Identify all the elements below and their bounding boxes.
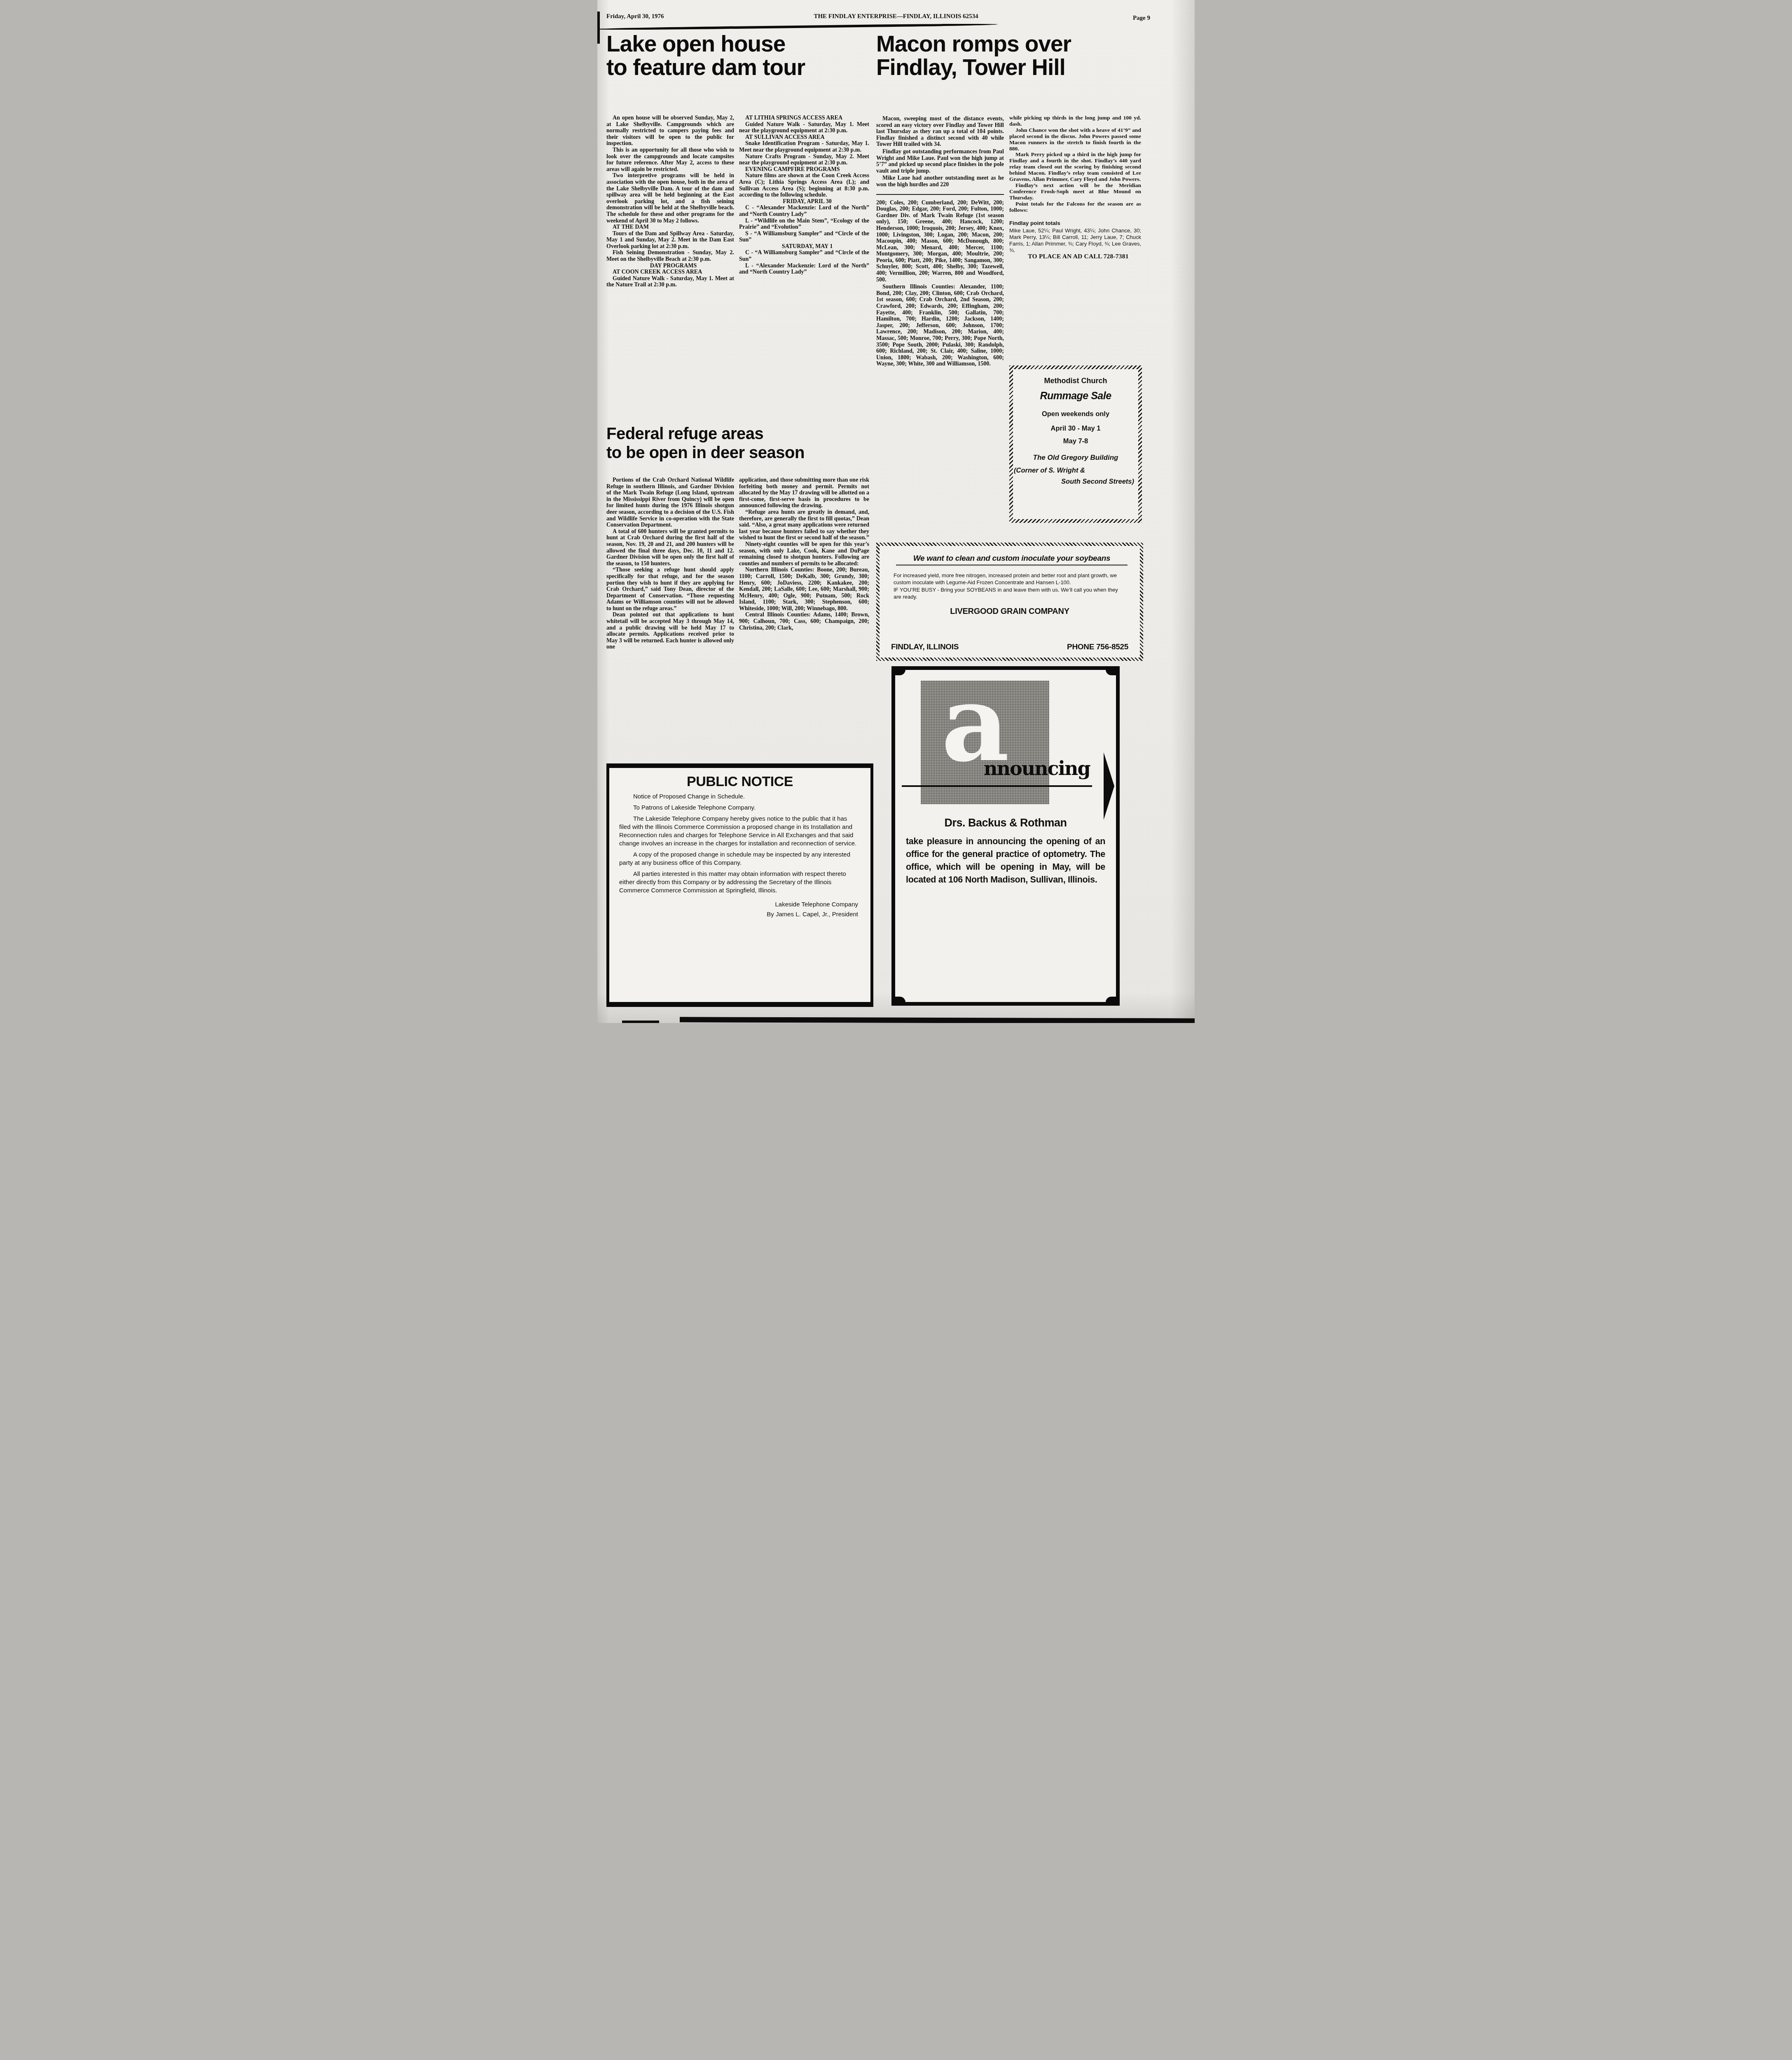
headline-line: Findlay, Tower Hill [876,56,1156,79]
article-paragraph: Tours of the Dam and Spillway Area - Sat… [606,231,734,250]
masthead: THE FINDLAY ENTERPRISE—FINDLAY, ILLINOIS… [597,13,1195,20]
arrow-right-icon [1104,752,1114,820]
ad-line: April 30 - May 1 [1013,425,1138,433]
article-paragraph: Mark Perry picked up a third in the high… [1009,152,1141,183]
list-body: Boone, 200; Bureau, 1100; Carroll, 1500;… [739,567,869,612]
headline-line: Lake open house [606,32,878,56]
section-subhead: AT SULLIVAN ACCESS AREA [739,134,869,141]
macon-article-column-1: Macon, sweeping most of the distance eve… [876,115,1004,542]
lake-article-column-2: AT LITHIA SPRINGS ACCESS AREA Guided Nat… [739,115,869,423]
public-notice-ad: PUBLIC NOTICE Notice of Proposed Change … [606,763,873,1007]
header-rule [597,23,998,30]
list-lead-in: Southern Illinois Counties: [882,284,955,290]
article-paragraph: Point totals for the Falcons for the sea… [1009,201,1141,213]
notice-paragraph: Notice of Proposed Change in Schedule. [619,793,860,801]
findlay-point-totals: Findlay point totals Mike Laue, 52¼; Pau… [1009,220,1141,254]
article-paragraph: John Chance won the shot with a heave of… [1009,127,1141,152]
newspaper-page: Friday, April 30, 1976 THE FINDLAY ENTER… [597,0,1195,1023]
scan-artifact [680,1017,1195,1023]
article-paragraph: Findlay’s next action will be the Meridi… [1009,183,1141,201]
frame-corner [1106,997,1120,1006]
column-divider-rule [876,194,1004,195]
point-totals-list: Mike Laue, 52¼; Paul Wright, 43¼; John C… [1009,227,1141,254]
notice-paragraph: A copy of the proposed change in schedul… [619,851,860,867]
notice-paragraph: To Patrons of Lakeside Telephone Company… [619,804,860,812]
scan-artifact [622,1021,659,1023]
article-paragraph: A total of 600 hunters will be granted p… [606,529,734,567]
article-paragraph: S - “A Williamsburg Sampler” and “Circle… [739,231,869,243]
list-body: Alexander, 1100; Bond, 200; Clay, 200; C… [876,284,1004,367]
ad-phone: PHONE 756-8525 [1067,643,1128,652]
article-paragraph: Fish Seining Demonstration - Sunday, May… [606,250,734,262]
section-subhead: FRIDAY, APRIL 30 [739,199,869,205]
article-paragraph: Guided Nature Walk - Saturday, May 1. Me… [739,122,869,134]
article-paragraph: C - “A Williamsburg Sampler” and “Circle… [739,250,869,262]
methodist-church-ad-content: Methodist Church Rummage Sale Open weeke… [1013,369,1138,519]
point-totals-heading: Findlay point totals [1009,220,1141,227]
article-paragraph: “Refuge area hunts are greatly in demand… [739,509,869,541]
section-subhead: EVENING CAMPFIRE PROGRAMS [739,166,869,173]
notice-paragraph: All parties interested in this matter ma… [619,870,860,895]
article-paragraph: Macon, sweeping most of the distance eve… [876,116,1004,148]
article-paragraph: L - “Wildlife on the Main Stem”, “Ecolog… [739,218,869,231]
headline-line: to be open in deer season [606,443,874,462]
page-number: Page 9 [1133,15,1150,22]
ad-city: FINDLAY, ILLINOIS [891,643,959,652]
article-paragraph: Mike Laue had another outstanding meet a… [876,175,1004,188]
announcing-underline-rule [902,785,1092,787]
headline-line: Federal refuge areas [606,424,874,443]
article-paragraph: “Those seeking a refuge hunt should appl… [606,567,734,612]
ad-paragraph: For increased yield, more free nitrogen,… [894,572,1125,586]
section-subhead: SATURDAY, MAY 1 [739,243,869,250]
announcing-ad: a nnouncing Drs. Backus & Rothman take p… [891,666,1120,1006]
county-permit-list-central-continued: 200; Coles, 200; Cumberland, 200; DeWitt… [876,200,1004,283]
article-paragraph: This is an opportunity for all those who… [606,147,734,173]
section-subhead: DAY PROGRAMS [606,263,734,269]
article-paragraph: while picking up thirds in the long jump… [1009,115,1141,127]
list-lead-in: Northern Illinois Counties: [745,567,814,573]
lake-article-column-1: An open house will be observed Sunday, M… [606,115,734,423]
list-lead-in: Central Illinois Counties: [745,612,811,618]
section-subhead: AT COON CREEK ACCESS AREA [606,269,734,276]
ad-line: Rummage Sale [1013,390,1138,402]
notice-signature-company: Lakeside Telephone Company [609,901,858,909]
livergood-grain-ad: We want to clean and custom inoculate yo… [876,543,1143,661]
article-paragraph: Snake Identification Program - Saturday,… [739,140,869,153]
county-permit-list-southern: Southern Illinois Counties: Alexander, 1… [876,284,1004,368]
public-notice-title: PUBLIC NOTICE [609,774,870,790]
ad-footer-row: FINDLAY, ILLINOIS PHONE 756-8525 [891,643,1128,652]
article-paragraph: Guided Nature Walk - Saturday, May 1. Me… [606,276,734,288]
article-paragraph: Ninety-eight counties will be open for t… [739,541,869,567]
announcing-graphic: a nnouncing [895,670,1116,815]
article-paragraph: An open house will be observed Sunday, M… [606,115,734,147]
headline-line: Macon romps over [876,32,1156,56]
ad-line: May 7-8 [1013,438,1138,445]
place-an-ad-notice: TO PLACE AN AD CALL 728-7381 [1009,254,1141,260]
methodist-church-ad: Methodist Church Rummage Sale Open weeke… [1009,365,1142,523]
article-paragraph: Dean pointed out that applications to hu… [606,612,734,651]
ad-line: Open weekends only [1013,410,1138,418]
county-permit-list-central: Central Illinois Counties: Adams, 1400; … [739,612,869,631]
doctors-names: Drs. Backus & Rothman [903,817,1108,829]
headline-line: to feature dam tour [606,56,878,79]
ad-line: South Second Streets) [1013,478,1138,486]
section-subhead: AT THE DAM [606,224,734,231]
ad-company-name: LIVERGOOD GRAIN COMPANY [880,607,1140,616]
article-paragraph: Nature Crafts Program - Sunday, May 2. M… [739,154,869,166]
article-paragraph: L - “Alexander Mackenzie: Lord of the No… [739,263,869,276]
announcement-body: take pleasure in announcing the opening … [906,835,1105,886]
macon-article-headline: Macon romps over Findlay, Tower Hill [876,32,1156,79]
ad-line: (Corner of S. Wright & [1013,467,1138,475]
livergood-grain-ad-content: We want to clean and custom inoculate yo… [880,546,1140,658]
federal-article-column-1: Portions of the Crab Orchard National Wi… [606,477,734,756]
article-paragraph: Findlay got outstanding performances fro… [876,149,1004,174]
ad-line: Methodist Church [1013,377,1138,385]
macon-article-column-2: while picking up thirds in the long jump… [1009,115,1141,363]
ad-paragraph: IF YOU’RE BUSY - Bring your SOYBEANS in … [894,587,1125,600]
frame-corner [891,997,905,1006]
article-paragraph: Nature films are shown at the Coon Creek… [739,173,869,198]
federal-article-column-2: application, and those submitting more t… [739,477,869,757]
article-paragraph: Two interpretive programs will be held i… [606,173,734,224]
announcing-word: nnouncing [984,757,1090,780]
section-subhead: AT LITHIA SPRINGS ACCESS AREA [739,115,869,122]
county-permit-list-northern: Northern Illinois Counties: Boone, 200; … [739,567,869,612]
lake-article-headline: Lake open house to feature dam tour [606,32,878,79]
ad-line: The Old Gregory Building [1013,454,1138,462]
federal-article-headline: Federal refuge areas to be open in deer … [606,424,874,462]
article-paragraph: application, and those submitting more t… [739,477,869,509]
article-paragraph: Portions of the Crab Orchard National Wi… [606,477,734,529]
ad-headline: We want to clean and custom inoculate yo… [896,554,1128,566]
notice-signature-president: By James L. Capel, Jr., President [609,911,858,919]
notice-paragraph: The Lakeside Telephone Company hereby gi… [619,815,860,848]
article-paragraph: C - “Alexander Mackenzie: Lord of the No… [739,205,869,218]
